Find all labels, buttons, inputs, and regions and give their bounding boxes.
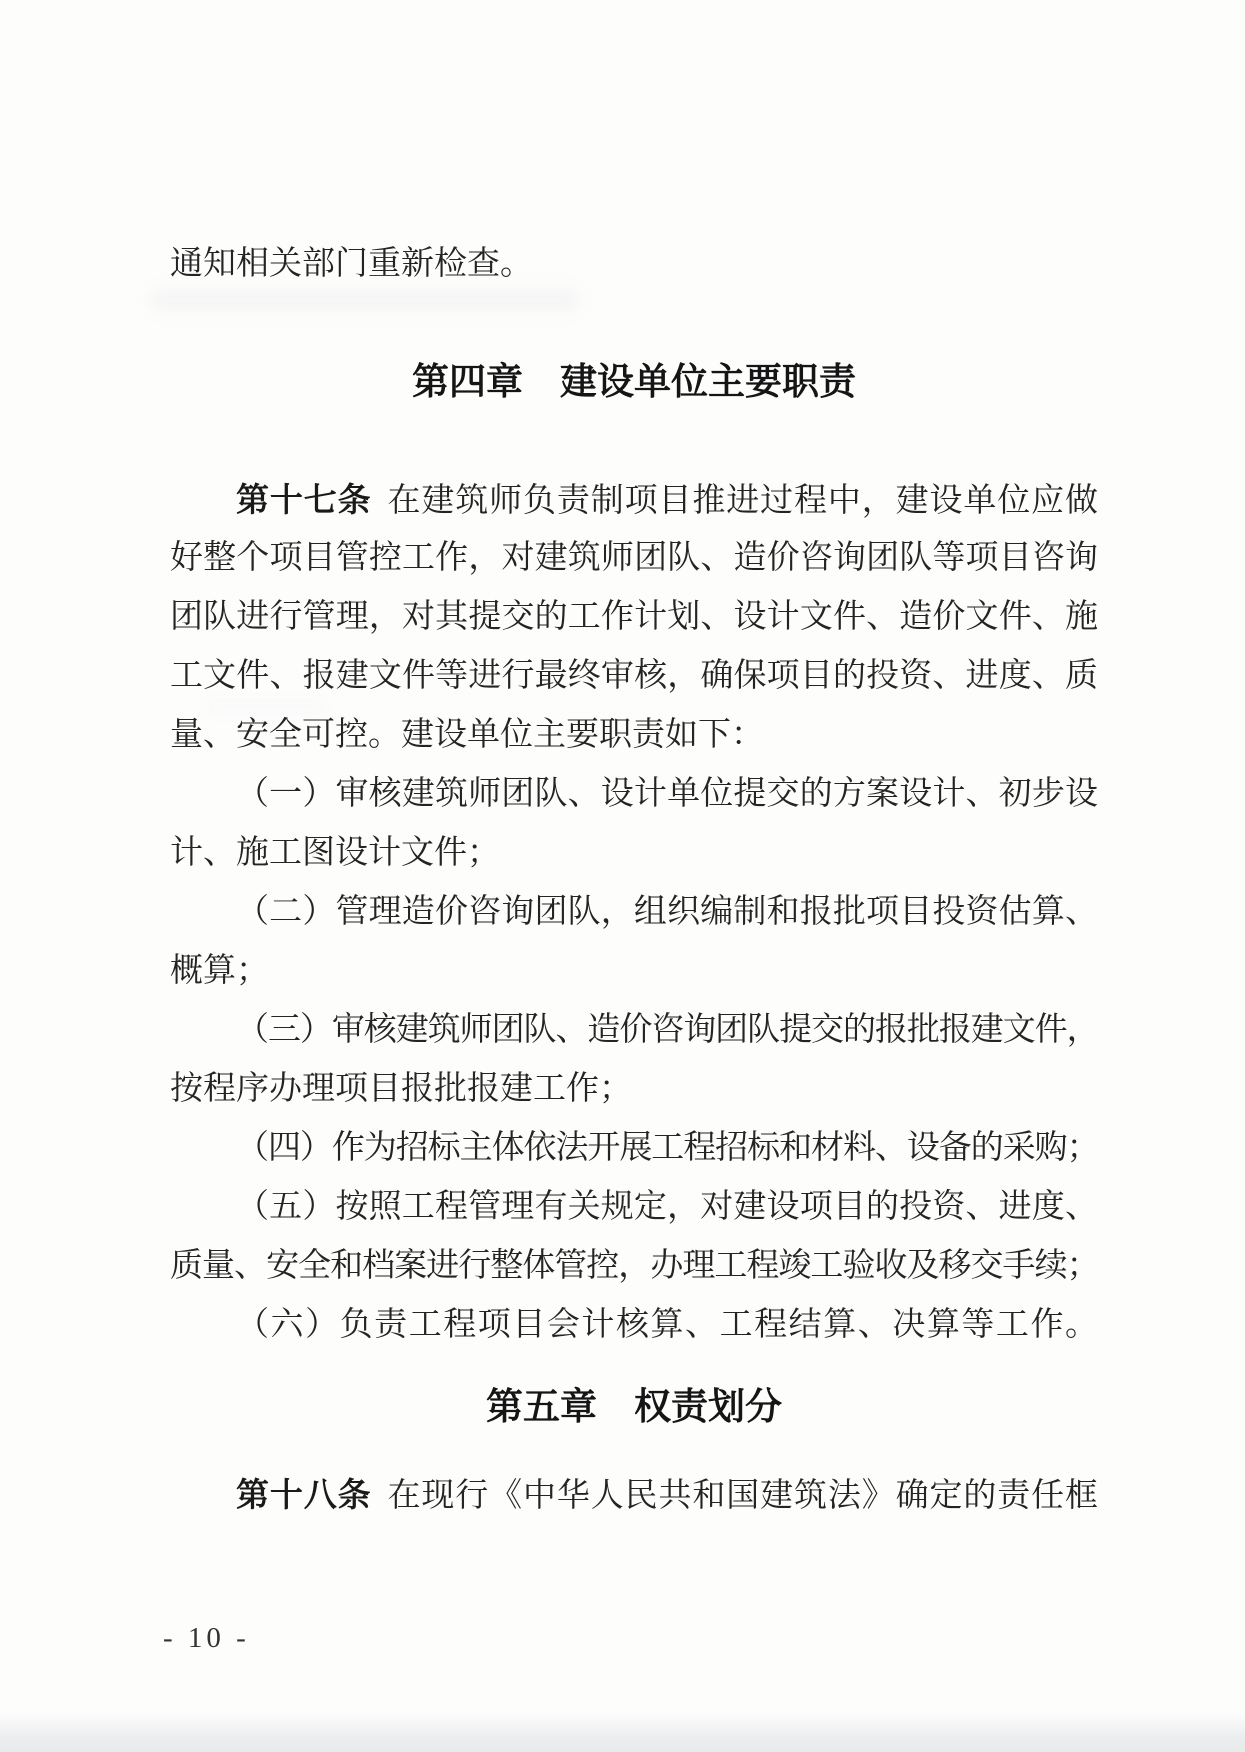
article18-line1-text: 在现行《中华人民共和国建筑法》确定的责任框 (388, 1478, 1099, 1514)
scan-smudge (205, 700, 325, 714)
chapter4-heading: 第四章 建设单位主要职责 (170, 352, 1098, 411)
item5-line2: 质量、安全和档案进行整体管控，办理工程竣工验收及移交手续； (170, 1237, 1098, 1296)
item1-line1: （一）审核建筑师团队、设计单位提交的方案设计、初步设 (170, 765, 1098, 824)
item6-line1: （六）负责工程项目会计核算、工程结算、决算等工作。 (170, 1296, 1098, 1355)
item1-line2: 计、施工图设计文件； (170, 824, 1098, 883)
article17-line5: 量、安全可控。建设单位主要职责如下： (170, 706, 1098, 765)
item4-line1: （四）作为招标主体依法开展工程招标和材料、设备的采购； (170, 1119, 1098, 1178)
closing-line: 通知相关部门重新检查。 (170, 235, 1098, 294)
item2-line1: （二）管理造价咨询团队，组织编制和报批项目投资估算、 (170, 883, 1098, 942)
article17-line2: 好整个项目管控工作，对建筑师团队、造价咨询团队等项目咨询 (170, 529, 1098, 588)
item3-line1: （三）审核建筑师团队、造价咨询团队提交的报批报建文件， (170, 1001, 1098, 1060)
chapter5-heading: 第五章 权责划分 (170, 1377, 1098, 1436)
document-page: 通知相关部门重新检查。 第四章 建设单位主要职责 第十七条在建筑师负责制项目推进… (0, 0, 1245, 1752)
article17-line3: 团队进行管理，对其提交的工作计划、设计文件、造价文件、施 (170, 588, 1098, 647)
article17-label: 第十七条 (236, 481, 372, 518)
item5-line1: （五）按照工程管理有关规定，对建设项目的投资、进度、 (170, 1178, 1098, 1237)
article17-line1-text: 在建筑师负责制项目推进过程中，建设单位应做 (388, 483, 1099, 519)
page-number: - 10 - (163, 1622, 250, 1655)
article18-label: 第十八条 (236, 1476, 372, 1513)
item2-line2: 概算； (170, 942, 1098, 1001)
article18-line1: 第十八条在现行《中华人民共和国建筑法》确定的责任框 (170, 1465, 1098, 1524)
article17-line4: 工文件、报建文件等进行最终审核，确保项目的投资、进度、质 (170, 647, 1098, 706)
item3-line2: 按程序办理项目报批报建工作； (170, 1060, 1098, 1119)
scan-smudge (150, 288, 580, 312)
document-content: 通知相关部门重新检查。 第四章 建设单位主要职责 第十七条在建筑师负责制项目推进… (0, 0, 1245, 1524)
scan-artifact-bottom (0, 1712, 1245, 1752)
article17-line1: 第十七条在建筑师负责制项目推进过程中，建设单位应做 (170, 470, 1098, 529)
